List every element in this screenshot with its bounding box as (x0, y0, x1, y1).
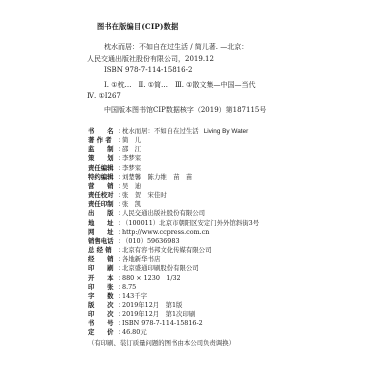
cip-record-number: 中国版本图书馆CIP数据核字（2019）第187115号 (104, 105, 266, 115)
colophon-row-author: 著 作 者：简 儿 (88, 136, 308, 145)
cip-isbn: ISBN 978-7-114-15816-2 (104, 66, 192, 74)
colophon-row-contributing-editors: 特约编辑：刘楚馨 陈力维 苗 苗 (88, 173, 308, 182)
colophon-row-address: 地 址：（100011）北京市朝阳区安定门外外馆斜街3号 (88, 219, 308, 228)
colophon-row-website: 网 址：http://www.ccpress.com.cn (88, 228, 308, 237)
colophon-row-marketing: 营 销：吴 迪 (88, 182, 308, 191)
colophon-row-edition: 版 次：2019年12月 第1版 (88, 301, 308, 310)
cip-classification: Ⅰ. ①枕… Ⅱ. ①简… Ⅲ. ①散文集—中国—当代 (104, 80, 255, 90)
colophon-row-proofreader: 责任校对：张 贺 宋佳时 (88, 191, 308, 200)
colophon-row-publisher: 出 版：人民交通出版社股份有限公司 (88, 209, 308, 218)
colophon-row-supervisor: 监 制：邵 江 (88, 145, 308, 154)
colophon-row-isbn: 书 号：ISBN 978-7-114-15816-2 (88, 319, 308, 328)
colophon-row-general-distributor: 总 经 销：北京有容书邦文化传媒有限公司 (88, 246, 308, 255)
colophon-row-title: 书 名：枕水而居：不如自在过生活Living By Water (88, 127, 308, 136)
colophon-row-planner: 策 划：李梦寀 (88, 154, 308, 163)
colophon-row-printer: 印 刷：北京盛通印刷股份有限公司 (88, 264, 308, 273)
colophon-row-distributor: 经 销：各地新华书店 (88, 255, 308, 264)
colophon-row-sales-phone: 销售电话：（010）59636983 (88, 237, 308, 246)
english-title: Living By Water (204, 128, 249, 135)
colophon-row-word-count: 字 数：143千字 (88, 292, 308, 301)
quality-notice: （有印刷、装订质量问题的图书由本公司负责调换） (88, 338, 235, 347)
colophon-row-format: 开 本：880 × 1230 1/32 (88, 274, 308, 283)
colophon-row-price: 定 价：46.80元 (88, 328, 308, 337)
value: 枕水而居：不如自在过生活Living By Water (122, 127, 308, 136)
colophon: 书 名：枕水而居：不如自在过生活Living By Water 著 作 者：简 … (88, 127, 308, 338)
cip-classification-cont: Ⅳ. ①I267 (87, 92, 121, 100)
colophon-row-sheets: 印 张：8.75 (88, 283, 308, 292)
label: 书 名 (88, 127, 118, 136)
cip-title: 图书在版编目(CIP)数据 (97, 22, 178, 32)
cip-line-2: 人民交通出版社股份有限公司，2019.12 (87, 54, 214, 64)
cip-line-1: 枕水而居：不如自在过生活 / 简儿著. —北京： (104, 42, 248, 52)
colophon-row-printing: 印 次：2019年12月 第1次印刷 (88, 310, 308, 319)
colophon-row-editor: 责任编辑：李梦寀 (88, 164, 308, 173)
copyright-page: 图书在版编目(CIP)数据 枕水而居：不如自在过生活 / 简儿著. —北京： 人… (0, 0, 375, 375)
